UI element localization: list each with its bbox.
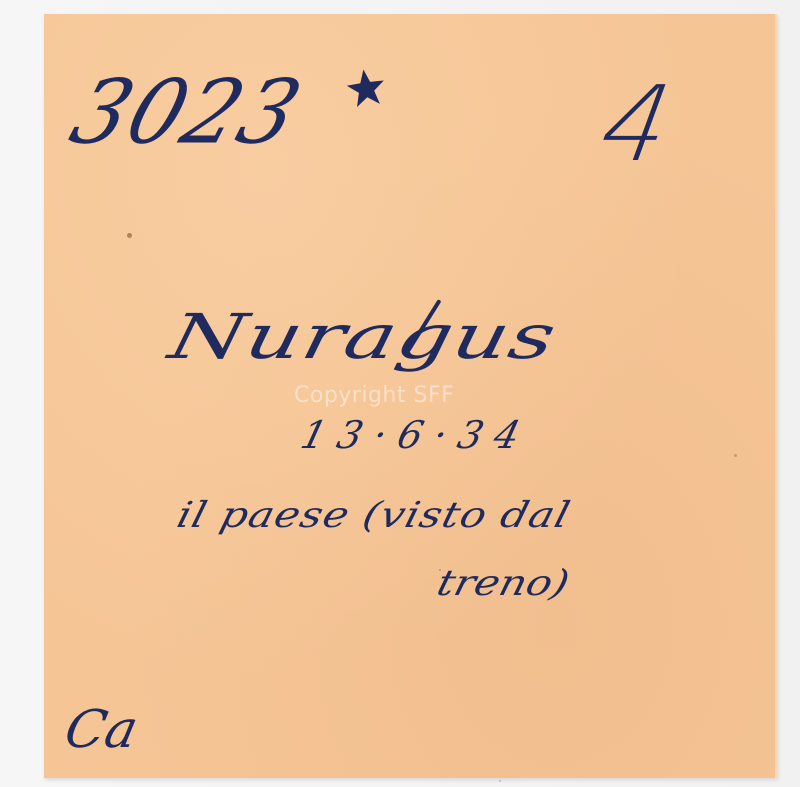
paper-fleck — [734, 454, 737, 457]
paper-fleck — [127, 233, 132, 238]
place-title: Nuragus — [164, 306, 562, 368]
copyright-watermark: Copyright SFF — [294, 383, 454, 408]
catalog-number: 3023 — [62, 68, 312, 156]
photo-date: 13·6·34 — [297, 416, 536, 454]
sheet-number: 4 — [585, 72, 689, 176]
archive-card: 3023 4 Nuragus Copyright SFF 13·6·34 il … — [44, 14, 777, 778]
description-line-1: il paese (visto dal — [174, 497, 575, 533]
corner-note: Ca — [60, 704, 142, 756]
paper-fleck — [499, 780, 501, 782]
description-line-2: treno) — [434, 565, 573, 601]
scan-background: 3023 4 Nuragus Copyright SFF 13·6·34 il … — [0, 0, 800, 787]
star-icon — [344, 66, 388, 110]
paper-fleck — [439, 569, 441, 571]
